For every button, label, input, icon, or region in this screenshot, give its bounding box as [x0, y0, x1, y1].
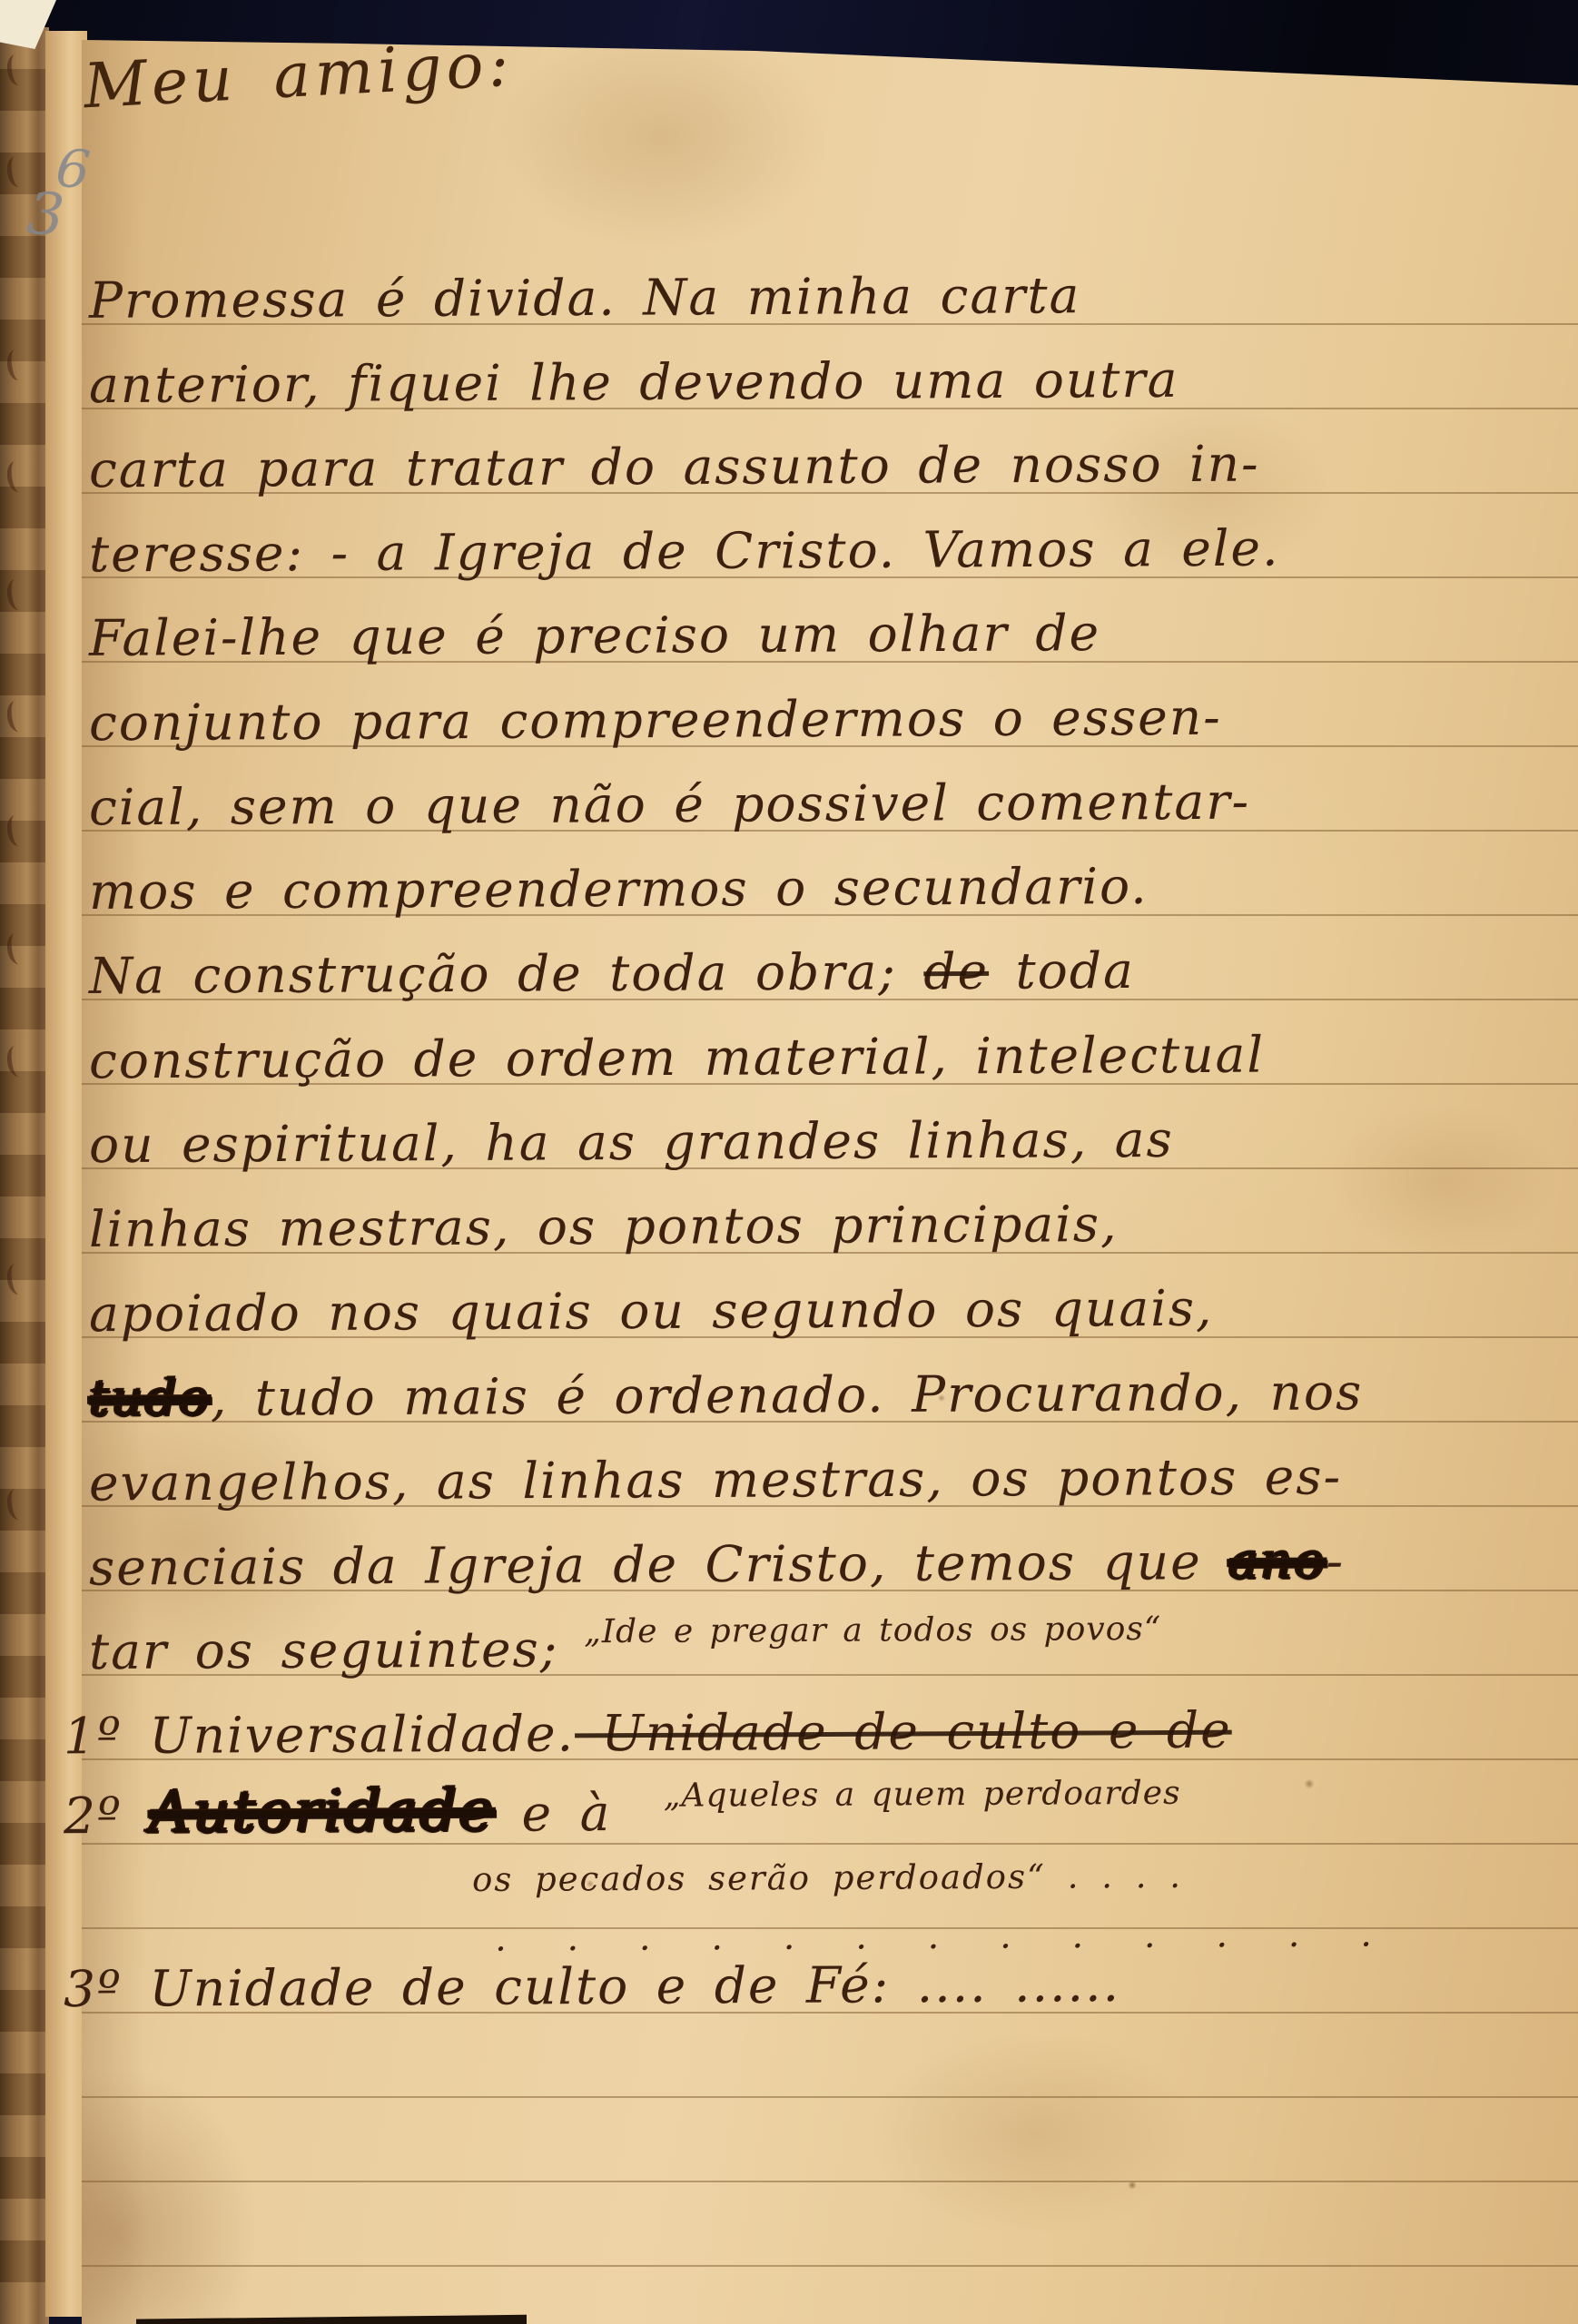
text-segment-normal: linhas mestras, os pontos principais,: [89, 1195, 1119, 1258]
text-segment-normal: Na construção de toda obra;: [89, 942, 924, 1005]
text-segment-normal: ou espiritual, ha as grandes linhas, as: [89, 1110, 1174, 1174]
manuscript-line: ou espiritual, ha as grandes linhas, as: [89, 1098, 1174, 1186]
text-segment-normal: construção de ordem material, intelectua…: [89, 1026, 1265, 1090]
text-segment-normal: conjunto para compreendermos o essen-: [89, 688, 1222, 753]
text-segment-normal: e à: [495, 1784, 638, 1843]
text-segment-struck: Unidade de culto e de: [575, 1701, 1232, 1763]
text-segment-normal: carta para tratar do assunto de nosso in…: [89, 435, 1260, 499]
manuscript-line: evangelhos, as linhas mestras, os pontos…: [89, 1435, 1343, 1523]
manuscript-line: senciais da Igreja de Cristo, temos que …: [89, 1520, 1346, 1608]
text-segment-normal: tar os seguintes;: [89, 1620, 559, 1680]
text-segment-struck: de: [923, 942, 989, 1000]
text-segment-normal: teresse: - a Igreja de Cristo. Vamos a e…: [89, 519, 1280, 584]
manuscript-line: apoiado nos quais ou segundo os quais,: [89, 1267, 1214, 1354]
manuscript-line: Falei-lhe que é preciso um olhar de: [89, 592, 1101, 679]
text-segment-quote: „Ide e pregar a todos os povos“: [584, 1610, 1161, 1650]
text-segment-normal: apoiado nos quais ou segundo os quais,: [89, 1279, 1214, 1343]
text-segment-normal: senciais da Igreja de Cristo, temos que: [89, 1532, 1228, 1597]
scanned-notebook-page: Meu amigo: 6 3 Promessa é divida. Na min…: [0, 0, 1578, 2324]
text-segment-normal: 1º Universalidade.: [64, 1704, 575, 1765]
manuscript-line: tudo, tudo mais é ordenado. Procurando, …: [89, 1351, 1364, 1439]
text-segment-normal: Falei-lhe que é preciso um olhar de: [89, 604, 1100, 667]
text-segment-normal: toda: [989, 941, 1135, 1000]
manuscript-line: conjunto para compreendermos o essen-: [89, 676, 1222, 764]
handwriting-layer: Meu amigo: 6 3 Promessa é divida. Na min…: [0, 0, 1578, 2324]
text-segment-quote: „Aqueles a quem perdoardes: [664, 1775, 1181, 1815]
pencil-number: 3: [25, 181, 66, 251]
text-segment-blot: Autoridade: [149, 1778, 495, 1847]
text-segment-normal: -: [1326, 1531, 1345, 1590]
text-segment-normal: 2º: [64, 1787, 150, 1845]
text-segment-normal: 3º Unidade de culto e de Fé: .... ......: [64, 1955, 1120, 2018]
manuscript-line: mos e compreendermos o secundario.: [89, 845, 1149, 932]
text-segment-blot: tudo: [89, 1369, 211, 1428]
manuscript-line: carta para tratar do assunto de nosso in…: [89, 423, 1260, 511]
text-segment-normal: , tudo mais é ordenado. Procurando, nos: [211, 1363, 1364, 1427]
manuscript-line: 2º Autoridade e à „Aqueles a quem perdoa…: [64, 1768, 1181, 1855]
manuscript-line: 1º Universalidade. Unidade de culto e de: [64, 1689, 1232, 1777]
salutation: Meu amigo:: [82, 29, 515, 123]
manuscript-line: 3º Unidade de culto e de Fé: .... ......: [64, 1943, 1120, 2030]
manuscript-line: construção de ordem material, intelectua…: [89, 1014, 1265, 1102]
manuscript-line: linhas mestras, os pontos principais,: [89, 1183, 1119, 1270]
manuscript-line: anterior, fiquei lhe devendo uma outra: [89, 339, 1179, 426]
text-segment-normal: mos e compreendermos o secundario.: [89, 857, 1149, 921]
manuscript-line: teresse: - a Igreja de Cristo. Vamos a e…: [89, 507, 1280, 596]
text-segment-normal: cial, sem o que não é possivel comentar-: [89, 773, 1250, 837]
text-segment-blot: ano: [1228, 1531, 1327, 1590]
manuscript-line: tar os seguintes;„Ide e pregar a todos o…: [89, 1605, 1162, 1692]
text-segment-normal: anterior, fiquei lhe devendo uma outra: [89, 350, 1179, 414]
manuscript-line: cial, sem o que não é possivel comentar-: [89, 761, 1251, 849]
text-segment-normal: os pecados serão perdoados“ . . . .: [472, 1856, 1182, 1899]
text-segment-normal: evangelhos, as linhas mestras, os pontos…: [89, 1447, 1342, 1512]
text-segment-normal: Promessa é divida. Na minha carta: [89, 266, 1081, 330]
manuscript-line: Promessa é divida. Na minha carta: [89, 254, 1081, 341]
manuscript-line: Na construção de toda obra; de toda: [89, 930, 1135, 1017]
